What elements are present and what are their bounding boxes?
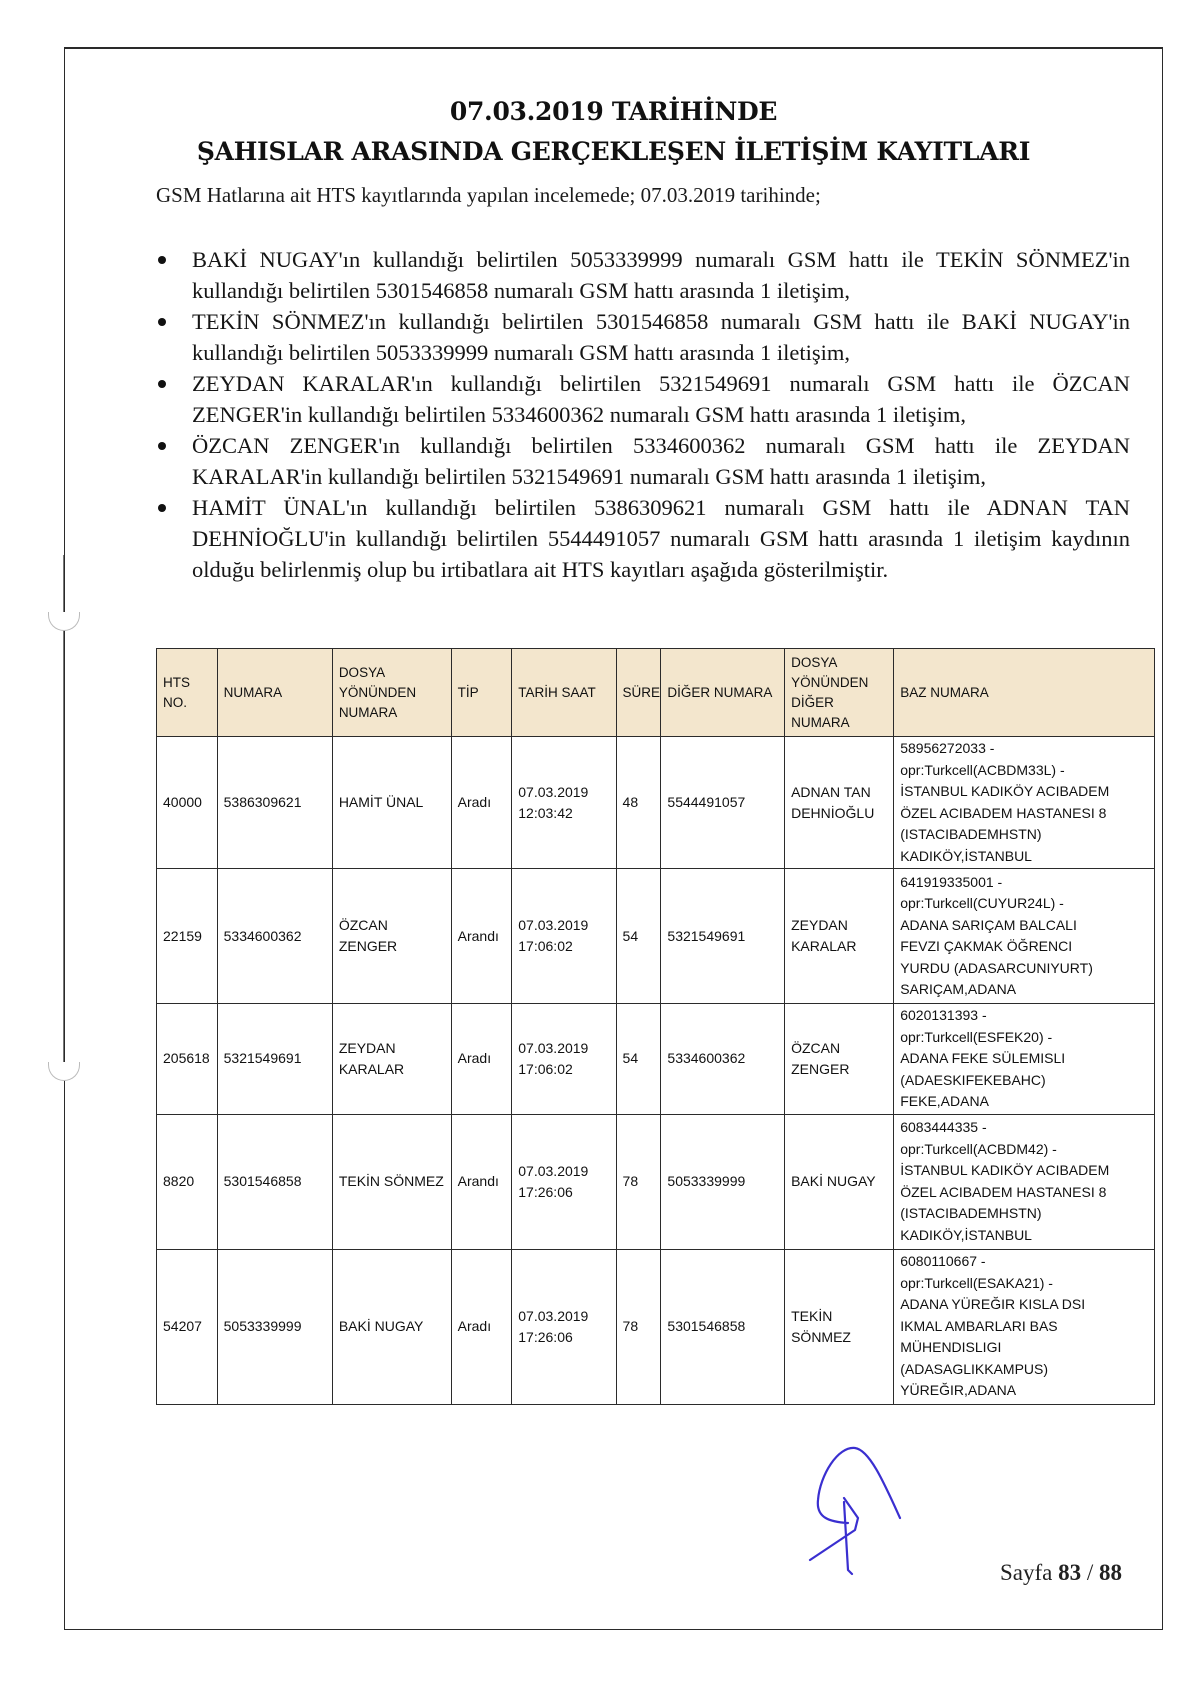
call-time: 17:26:06 xyxy=(518,1327,609,1348)
call-time: 17:26:06 xyxy=(518,1182,609,1203)
hts-no-cell: 22159 xyxy=(157,869,218,1004)
intro-text: GSM Hatlarına ait HTS kayıtlarında yapıl… xyxy=(156,183,821,208)
hts-no-cell: 8820 xyxy=(157,1114,218,1249)
baz-line: YURDU (ADASARCUNIYURT) xyxy=(900,958,1148,980)
tarih-saat-cell: 07.03.201917:06:02 xyxy=(512,1004,616,1115)
hts-records-table: HTS NO. NUMARA DOSYA YÖNÜNDEN NUMARA TİP… xyxy=(156,648,1155,1405)
column-header-hts-no: HTS NO. xyxy=(157,649,218,737)
table-row: 2056185321549691ZEYDAN KARALARAradı07.03… xyxy=(157,1004,1155,1115)
diger-numara-cell: 5321549691 xyxy=(661,869,785,1004)
baz-line: opr:Turkcell(ESAKA21) - xyxy=(900,1273,1148,1295)
baz-line: SARIÇAM,ADANA xyxy=(900,979,1148,1001)
dosya-numara-cell: TEKİN SÖNMEZ xyxy=(332,1114,451,1249)
column-header-baz-numara: BAZ NUMARA xyxy=(894,649,1155,737)
call-date: 07.03.2019 xyxy=(518,1306,609,1327)
baz-line: İSTANBUL KADIKÖY ACIBADEM xyxy=(900,781,1148,803)
column-header-tip: TİP xyxy=(451,649,512,737)
sure-cell: 48 xyxy=(616,737,661,869)
baz-line: opr:Turkcell(ESFEK20) - xyxy=(900,1027,1148,1049)
baz-numara-cell: 641919335001 -opr:Turkcell(CUYUR24L) -AD… xyxy=(894,869,1155,1004)
sure-cell: 78 xyxy=(616,1249,661,1404)
list-item: TEKİN SÖNMEZ'ın kullandığı belirtilen 53… xyxy=(192,306,1130,368)
bullet-icon xyxy=(158,442,166,450)
call-date: 07.03.2019 xyxy=(518,782,609,803)
hts-no-cell: 40000 xyxy=(157,737,218,869)
page-title-date: 07.03.2019 TARİHİNDE xyxy=(64,97,1163,126)
baz-line: opr:Turkcell(CUYUR24L) - xyxy=(900,893,1148,915)
baz-line: ADANA FEKE SÜLEMISLI xyxy=(900,1048,1148,1070)
list-item: BAKİ NUGAY'ın kullandığı belirtilen 5053… xyxy=(192,244,1130,306)
baz-numara-cell: 6083444335 -opr:Turkcell(ACBDM42) -İSTAN… xyxy=(894,1114,1155,1249)
numara-cell: 5053339999 xyxy=(217,1249,332,1404)
tip-cell: Arandı xyxy=(451,1114,512,1249)
tarih-saat-cell: 07.03.201917:06:02 xyxy=(512,869,616,1004)
call-time: 17:06:02 xyxy=(518,1059,609,1080)
baz-line: FEKE,ADANA xyxy=(900,1091,1148,1113)
baz-numara-cell: 6020131393 -opr:Turkcell(ESFEK20) -ADANA… xyxy=(894,1004,1155,1115)
call-time: 12:03:42 xyxy=(518,803,609,824)
baz-line: KADIKÖY,İSTANBUL xyxy=(900,1225,1148,1247)
diger-numara-cell: 5334600362 xyxy=(661,1004,785,1115)
baz-line: ÖZEL ACIBADEM HASTANESI 8 xyxy=(900,1182,1148,1204)
numara-cell: 5321549691 xyxy=(217,1004,332,1115)
diger-numara-cell: 5544491057 xyxy=(661,737,785,869)
tarih-saat-cell: 07.03.201912:03:42 xyxy=(512,737,616,869)
baz-line: İSTANBUL KADIKÖY ACIBADEM xyxy=(900,1160,1148,1182)
dosya-diger-cell: ADNAN TAN DEHNİOĞLU xyxy=(785,737,894,869)
baz-numara-cell: 58956272033 -opr:Turkcell(ACBDM33L) -İST… xyxy=(894,737,1155,869)
dosya-numara-cell: ZEYDAN KARALAR xyxy=(332,1004,451,1115)
sure-cell: 54 xyxy=(616,1004,661,1115)
baz-line: FEVZI ÇAKMAK ÖĞRENCI xyxy=(900,936,1148,958)
baz-line: opr:Turkcell(ACBDM33L) - xyxy=(900,760,1148,782)
numara-cell: 5301546858 xyxy=(217,1114,332,1249)
baz-numara-cell: 6080110667 -opr:Turkcell(ESAKA21) -ADANA… xyxy=(894,1249,1155,1404)
hts-no-cell: 54207 xyxy=(157,1249,218,1404)
baz-line: (ADAESKIFEKEBAHC) xyxy=(900,1070,1148,1092)
diger-numara-cell: 5053339999 xyxy=(661,1114,785,1249)
dosya-numara-cell: BAKİ NUGAY xyxy=(332,1249,451,1404)
tip-cell: Aradı xyxy=(451,1249,512,1404)
dosya-diger-cell: ÖZCAN ZENGER xyxy=(785,1004,894,1115)
tip-cell: Arandı xyxy=(451,869,512,1004)
list-item: HAMİT ÜNAL'ın kullandığı belirtilen 5386… xyxy=(192,492,1130,585)
baz-line: ADANA SARIÇAM BALCALI xyxy=(900,915,1148,937)
list-item: ZEYDAN KARALAR'ın kullandığı belirtilen … xyxy=(192,368,1130,430)
baz-line: 58956272033 - xyxy=(900,738,1148,760)
baz-line: ADANA YÜREĞIR KISLA DSI xyxy=(900,1294,1148,1316)
bullet-icon xyxy=(158,504,166,512)
dosya-numara-cell: ÖZCAN ZENGER xyxy=(332,869,451,1004)
baz-line: (ISTACIBADEMHSTN) xyxy=(900,1203,1148,1225)
table-row: 542075053339999BAKİ NUGAYAradı07.03.2019… xyxy=(157,1249,1155,1404)
diger-numara-cell: 5301546858 xyxy=(661,1249,785,1404)
numara-cell: 5334600362 xyxy=(217,869,332,1004)
baz-line: KADIKÖY,İSTANBUL xyxy=(900,846,1148,868)
dosya-numara-cell: HAMİT ÜNAL xyxy=(332,737,451,869)
column-header-diger-numara: DİĞER NUMARA xyxy=(661,649,785,737)
binder-edge xyxy=(63,555,64,1075)
tarih-saat-cell: 07.03.201917:26:06 xyxy=(512,1114,616,1249)
table-header-row: HTS NO. NUMARA DOSYA YÖNÜNDEN NUMARA TİP… xyxy=(157,649,1155,737)
column-header-tarih-saat: TARİH SAAT xyxy=(512,649,616,737)
baz-line: MÜHENDISLIGI xyxy=(900,1337,1148,1359)
table-row: 221595334600362ÖZCAN ZENGERArandı07.03.2… xyxy=(157,869,1155,1004)
baz-line: 6083444335 - xyxy=(900,1117,1148,1139)
tip-cell: Aradı xyxy=(451,1004,512,1115)
baz-line: YÜREĞIR,ADANA xyxy=(900,1380,1148,1402)
call-date: 07.03.2019 xyxy=(518,1161,609,1182)
dosya-diger-cell: ZEYDAN KARALAR xyxy=(785,869,894,1004)
table-row: 400005386309621HAMİT ÜNALAradı07.03.2019… xyxy=(157,737,1155,869)
baz-line: opr:Turkcell(ACBDM42) - xyxy=(900,1139,1148,1161)
contact-summary-list: BAKİ NUGAY'ın kullandığı belirtilen 5053… xyxy=(192,244,1130,585)
bullet-icon xyxy=(158,256,166,264)
tarih-saat-cell: 07.03.201917:26:06 xyxy=(512,1249,616,1404)
signature-icon xyxy=(800,1430,930,1580)
column-header-dosya-diger: DOSYA YÖNÜNDEN DİĞER NUMARA xyxy=(785,649,894,737)
baz-line: ÖZEL ACIBADEM HASTANESI 8 xyxy=(900,803,1148,825)
sure-cell: 78 xyxy=(616,1114,661,1249)
tip-cell: Aradı xyxy=(451,737,512,869)
column-header-sure: SÜRE xyxy=(616,649,661,737)
bullet-icon xyxy=(158,318,166,326)
column-header-numara: NUMARA xyxy=(217,649,332,737)
call-date: 07.03.2019 xyxy=(518,915,609,936)
baz-line: 6080110667 - xyxy=(900,1251,1148,1273)
hts-no-cell: 205618 xyxy=(157,1004,218,1115)
dosya-diger-cell: BAKİ NUGAY xyxy=(785,1114,894,1249)
dosya-diger-cell: TEKİN SÖNMEZ xyxy=(785,1249,894,1404)
list-item: ÖZCAN ZENGER'ın kullandığı belirtilen 53… xyxy=(192,430,1130,492)
baz-line: 641919335001 - xyxy=(900,872,1148,894)
baz-line: (ADASAGLIKKAMPUS) xyxy=(900,1359,1148,1381)
call-time: 17:06:02 xyxy=(518,936,609,957)
baz-line: (ISTACIBADEMHSTN) xyxy=(900,824,1148,846)
table-row: 88205301546858TEKİN SÖNMEZArandı07.03.20… xyxy=(157,1114,1155,1249)
baz-line: 6020131393 - xyxy=(900,1005,1148,1027)
numara-cell: 5386309621 xyxy=(217,737,332,869)
bullet-icon xyxy=(158,380,166,388)
page-number: Sayfa 83 / 88 xyxy=(1000,1560,1122,1586)
baz-line: IKMAL AMBARLARI BAS xyxy=(900,1316,1148,1338)
sure-cell: 54 xyxy=(616,869,661,1004)
page-title: ŞAHISLAR ARASINDA GERÇEKLEŞEN İLETİŞİM K… xyxy=(64,137,1163,166)
column-header-dosya-numara: DOSYA YÖNÜNDEN NUMARA xyxy=(332,649,451,737)
table-body: 400005386309621HAMİT ÜNALAradı07.03.2019… xyxy=(157,737,1155,1405)
call-date: 07.03.2019 xyxy=(518,1038,609,1059)
